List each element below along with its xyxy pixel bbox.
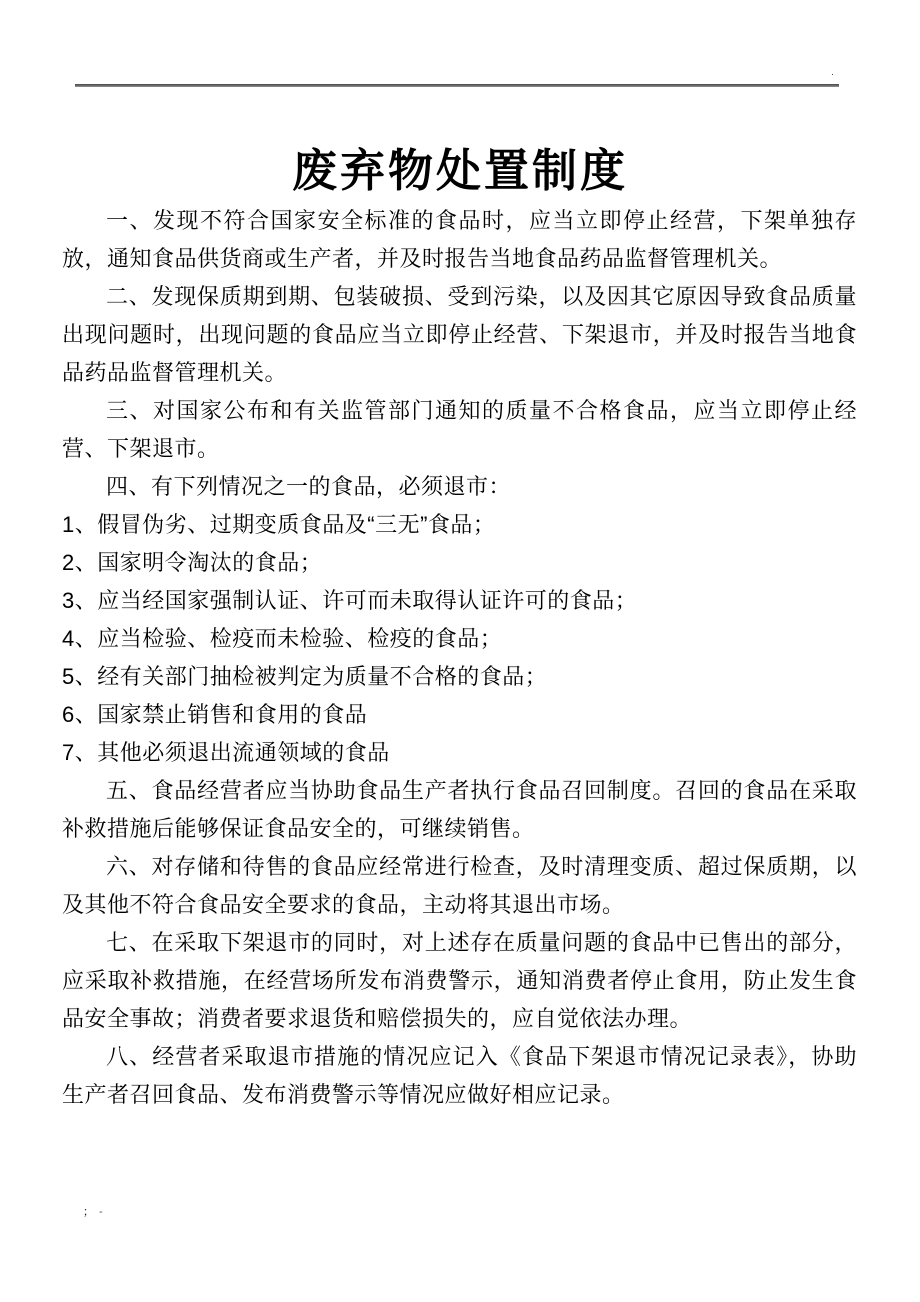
footer-stray-mark-right: - — [99, 1206, 103, 1218]
paragraph: 三、对国家公布和有关监管部门通知的质量不合格食品，应当立即停止经营、下架退市。 — [62, 392, 857, 468]
footer-stray-mark-left: ； — [83, 1203, 94, 1219]
paragraph: 七、在采取下架退市的同时，对上述存在质量问题的食品中已售出的部分，应采取补救措施… — [62, 924, 857, 1038]
paragraph: 2、国家明令淘汰的食品； — [62, 544, 857, 582]
paragraph: 7、其他必须退出流通领域的食品 — [62, 734, 857, 772]
paragraph: 3、应当经国家强制认证、许可而未取得认证许可的食品； — [62, 582, 857, 620]
paragraph: 四、有下列情况之一的食品，必须退市： — [62, 468, 857, 506]
document-title: 废弃物处置制度 — [0, 134, 920, 199]
document-page: · 废弃物处置制度 一、发现不符合国家安全标准的食品时，应当立即停止经营，下架单… — [0, 0, 920, 1302]
paragraph: 1、假冒伪劣、过期变质食品及“三无”食品； — [62, 506, 857, 544]
paragraph: 6、国家禁止销售和食用的食品 — [62, 696, 857, 734]
paragraph: 六、对存储和待售的食品应经常进行检查，及时清理变质、超过保质期，以及其他不符合食… — [62, 848, 857, 924]
paragraph: 五、食品经营者应当协助食品生产者执行食品召回制度。召回的食品在采取补救措施后能够… — [62, 772, 857, 848]
paragraph: 5、经有关部门抽检被判定为质量不合格的食品； — [62, 658, 857, 696]
document-body: 一、发现不符合国家安全标准的食品时，应当立即停止经营，下架单独存放，通知食品供货… — [62, 202, 857, 1114]
paragraph: 4、应当检验、检疫而未检验、检疫的食品； — [62, 620, 857, 658]
paragraph: 二、发现保质期到期、包装破损、受到污染，以及因其它原因导致食品质量出现问题时，出… — [62, 278, 857, 392]
header-divider-line — [75, 84, 839, 87]
paragraph: 八、经营者采取退市措施的情况应记入《食品下架退市情况记录表》，协助生产者召回食品… — [62, 1038, 857, 1114]
header-stray-mark: · — [831, 70, 834, 79]
paragraph: 一、发现不符合国家安全标准的食品时，应当立即停止经营，下架单独存放，通知食品供货… — [62, 202, 857, 278]
